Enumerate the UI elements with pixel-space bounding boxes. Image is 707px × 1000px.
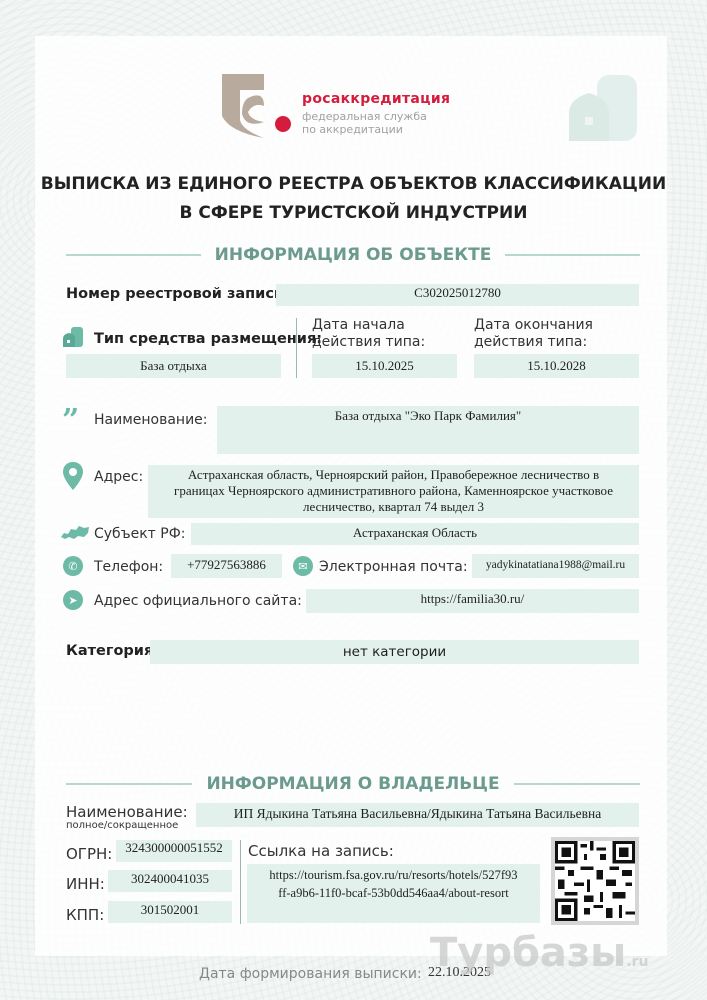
- address-line-1: Астраханская область, Черноярский район,…: [148, 467, 639, 483]
- building-icon: [62, 326, 84, 348]
- owner-name-label: Наименование:: [66, 803, 188, 821]
- address-line-3: лесничество, квартал 74 выдел 3: [148, 499, 639, 515]
- ogrn-label: ОГРН:: [66, 845, 112, 863]
- email-label: Электронная почта:: [319, 559, 468, 575]
- turbazy-watermark: Турбазы.ru: [430, 930, 649, 976]
- phone-icon: ✆: [63, 556, 83, 576]
- generated-date-label: Дата формирования выписки:: [199, 966, 422, 982]
- type-end-label-line-2: действия типа:: [474, 334, 593, 351]
- record-link-label: Ссылка на запись:: [248, 842, 394, 860]
- record-link-line-2[interactable]: ff-a9b6-11f0-bcaf-53b0dd546aa4/about-res…: [247, 884, 540, 902]
- address-label: Адрес:: [94, 469, 143, 485]
- object-info-section-title: ИНФОРМАЦИЯ ОБ ОБЪЕКТЕ: [66, 245, 640, 265]
- category-label: Категория:: [66, 643, 159, 659]
- qr-code-icon: [555, 841, 635, 921]
- phone-field[interactable]: +77927563886: [171, 554, 282, 578]
- rosaccreditation-logo: [220, 72, 300, 142]
- region-field: Астраханская Область: [191, 523, 639, 545]
- divider: [514, 783, 640, 785]
- category-field: нет категории: [150, 640, 639, 664]
- ogrn-field: 324300000051552: [116, 840, 232, 862]
- type-end-label-line-1: Дата окончания: [474, 317, 593, 334]
- org-subtitle-line-1: федеральная служба: [302, 110, 427, 123]
- vertical-divider: [240, 840, 241, 924]
- accommodation-type-label: Тип средства размещения:: [94, 331, 322, 347]
- section-heading: ИНФОРМАЦИЯ О ВЛАДЕЛЬЦЕ: [206, 774, 499, 794]
- registry-number-field: С302025012780: [276, 284, 639, 306]
- type-start-label-line-2: действия типа:: [312, 334, 425, 351]
- website-label: Адрес официального сайта:: [94, 593, 302, 609]
- region-label: Субъект РФ:: [94, 526, 185, 542]
- owner-name-sublabel: полное/сокращенное: [66, 820, 178, 831]
- divider: [66, 254, 201, 256]
- org-name: росаккредитация: [302, 91, 450, 107]
- vertical-divider: [296, 318, 297, 378]
- email-field[interactable]: yadykinatatiana1988@mail.ru: [472, 554, 639, 578]
- registry-number-label: Номер реестровой записи:: [66, 286, 290, 302]
- org-subtitle-line-2: по аккредитации: [302, 123, 427, 136]
- org-subtitle: федеральная служба по аккредитации: [302, 110, 427, 136]
- logo-shield-icon: [220, 72, 300, 142]
- name-label: Наименование:: [94, 412, 208, 428]
- building-decor-icon: [567, 73, 639, 143]
- kpp-field: 301502001: [108, 901, 232, 923]
- record-link-field[interactable]: https://tourism.fsa.gov.ru/ru/resorts/ho…: [247, 864, 540, 923]
- location-pin-icon: [63, 462, 83, 494]
- cursor-icon: ➤: [63, 590, 83, 610]
- kpp-label: КПП:: [66, 906, 104, 924]
- title-line-2: В СФЕРЕ ТУРИСТСКОЙ ИНДУСТРИИ: [40, 199, 667, 228]
- website-field[interactable]: https://familia30.ru/: [306, 589, 639, 613]
- envelope-icon: ✉: [293, 556, 313, 576]
- russia-map-icon: [60, 525, 90, 545]
- type-start-label: Дата начала действия типа:: [312, 317, 425, 351]
- inn-field: 302400041035: [108, 870, 232, 892]
- document-title: ВЫПИСКА ИЗ ЕДИНОГО РЕЕСТРА ОБЪЕКТОВ КЛАС…: [40, 170, 667, 228]
- type-start-date-field: 15.10.2025: [312, 354, 457, 378]
- phone-label: Телефон:: [94, 559, 163, 575]
- record-link-line-1[interactable]: https://tourism.fsa.gov.ru/ru/resorts/ho…: [247, 866, 540, 884]
- title-line-1: ВЫПИСКА ИЗ ЕДИНОГО РЕЕСТРА ОБЪЕКТОВ КЛАС…: [40, 170, 667, 199]
- owner-info-section-title: ИНФОРМАЦИЯ О ВЛАДЕЛЬЦЕ: [66, 774, 640, 794]
- type-start-label-line-1: Дата начала: [312, 317, 425, 334]
- address-line-2: границах Черноярского административного …: [148, 483, 639, 499]
- divider: [505, 254, 640, 256]
- section-heading: ИНФОРМАЦИЯ ОБ ОБЪЕКТЕ: [215, 245, 492, 265]
- divider: [66, 783, 192, 785]
- type-end-date-field: 15.10.2028: [474, 354, 639, 378]
- inn-label: ИНН:: [66, 875, 105, 893]
- watermark-suffix: .ru: [626, 954, 648, 970]
- owner-name-field: ИП Ядыкина Татьяна Васильевна/Ядыкина Та…: [196, 803, 639, 827]
- address-field: Астраханская область, Черноярский район,…: [148, 465, 639, 518]
- type-end-label: Дата окончания действия типа:: [474, 317, 593, 351]
- watermark-text: Турбазы: [430, 930, 626, 976]
- quote-icon: ”: [62, 410, 79, 432]
- object-name-field: База отдыха "Эко Парк Фамилия": [217, 406, 639, 454]
- accommodation-type-field: База отдыха: [66, 354, 281, 378]
- qr-code: [551, 837, 639, 925]
